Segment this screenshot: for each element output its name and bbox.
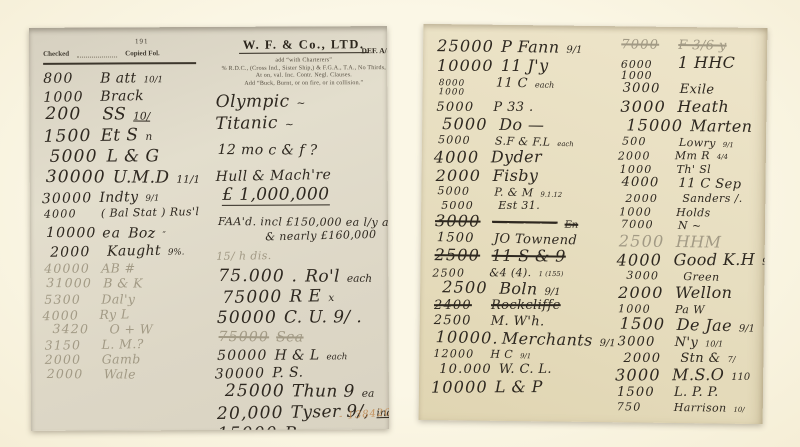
- entry-amount: 1000: [619, 206, 669, 218]
- ledger-entry: 800B att10/1: [43, 71, 198, 87]
- ledger-entry: 75000R Ex: [223, 287, 389, 308]
- entry-name: Indty: [99, 190, 138, 206]
- ledger-entry: 4000Ry L: [42, 305, 198, 322]
- entry-name: AB #: [101, 262, 135, 275]
- entry-name: 11 C Sep: [678, 177, 741, 192]
- entry-amount: 10000.: [435, 329, 495, 347]
- entry-name: O + W: [109, 322, 153, 335]
- entry-amount: 2000: [623, 352, 673, 366]
- entry-name: ————: [492, 214, 558, 232]
- header-rule: [43, 62, 196, 65]
- entry-note: En: [565, 220, 579, 231]
- printed-letterhead: W. F. & Co., LTD. DEF. A/c. add “with Ch…: [215, 33, 389, 88]
- entry-amount: 4000: [617, 253, 667, 270]
- ledger-entry: 75000Sea: [219, 330, 389, 346]
- entry-amount: 7000: [621, 219, 671, 232]
- entry-note: 9/1: [600, 339, 616, 350]
- entry-amount: 5000: [437, 185, 487, 198]
- entry-name: Ro'l: [306, 268, 341, 286]
- entry-amount: 15000: [217, 425, 277, 430]
- entry-amount: 2000: [618, 151, 668, 163]
- entry-name: Rockcliffe: [491, 300, 561, 314]
- entry-note: 110: [731, 373, 750, 384]
- entry-name: W. C. L.: [499, 363, 552, 377]
- entry-name: Et S: [100, 127, 138, 146]
- entry-note: 9/1: [566, 46, 582, 57]
- entry-name: S.F & F.L: [495, 135, 551, 148]
- ledger-entry: 5000Do —: [442, 116, 616, 135]
- entry-name: Gamb: [102, 352, 141, 365]
- entry-name: H C: [490, 349, 513, 361]
- entry-note: each: [557, 140, 573, 148]
- checked-label: Checked: [43, 50, 69, 58]
- entry-amount: 200: [45, 106, 95, 124]
- entry-name: Good K.H: [674, 252, 756, 269]
- entry-name: R E: [290, 289, 322, 307]
- ledger-entry: 2000Mm R4/4: [618, 150, 760, 162]
- entry-amount: 2000: [47, 367, 97, 380]
- entry-note: 10/1: [144, 76, 164, 85]
- entry-amount: 10.000: [439, 363, 492, 377]
- entry-name: Boln: [499, 280, 538, 298]
- entry-name: Lowry: [679, 137, 716, 149]
- ledger-entry: 2500HHM: [619, 233, 761, 252]
- entry-name: P. S.: [273, 366, 304, 381]
- entry-amount: 3000: [621, 99, 671, 116]
- ledger-entry: 3000N'y10/1: [618, 335, 760, 350]
- ledger-entry: 250011 S & 9: [434, 247, 614, 266]
- ledger-entry: 2000Sanders /.: [625, 193, 761, 205]
- entry-name: Sanders /.: [682, 193, 742, 205]
- entry-name: N ~: [678, 220, 702, 232]
- entry-amount: 5000: [441, 200, 491, 212]
- ledger-entry: 25000P Fann9/1: [437, 38, 617, 57]
- ledger-entry: 4000( Bal Stat ) Rus'l: [44, 207, 200, 221]
- entry-amount: 12000: [433, 349, 483, 361]
- entry-name: Dyder: [491, 149, 542, 166]
- ledger-entry: 40000AB #: [44, 261, 199, 275]
- right-col2-entries: 7000F 3/6 y600010001 HHC3000Exile3000Hea…: [617, 38, 763, 414]
- entry-name: 15/ h dis.: [216, 250, 272, 263]
- entry-name: HHM: [676, 234, 722, 251]
- entry-note: 10/: [734, 406, 745, 413]
- entry-note: 9/1: [520, 354, 531, 361]
- entry-name: B att: [100, 71, 136, 86]
- ledger-entry: 30000U.M.D11/1: [46, 169, 202, 188]
- ledger-entry: 3000M.S.O110: [615, 367, 757, 385]
- ledger-entry: Hull & Mach're: [216, 167, 389, 185]
- entry-name: L & P: [495, 379, 543, 396]
- entry-amount: 2400: [434, 300, 484, 314]
- entry-note: 10/1: [705, 340, 723, 349]
- entry-name: Dal'y: [101, 292, 135, 305]
- entry-amount: 2000: [436, 168, 486, 185]
- entry-name: M.S.O: [672, 367, 724, 384]
- entry-name: Kaught: [107, 243, 161, 259]
- entry-amount: 4000: [434, 150, 484, 167]
- entry-name: B & K: [103, 277, 143, 290]
- ledger-entry: 30000P. S.: [215, 364, 389, 383]
- entry-name: & nearly £160,000: [266, 229, 377, 243]
- entry-amount: 3000: [618, 335, 668, 349]
- entry-note: each: [535, 81, 554, 90]
- entry-name: P Fann: [501, 39, 560, 57]
- entry-amount: 10000 ea: [46, 226, 121, 241]
- entry-amount: 75000: [219, 330, 270, 345]
- ledger-entry: FAA'd. incl £150,000 ea l/y at: [218, 216, 389, 228]
- entry-name: 12 mo c & f ?: [218, 143, 318, 158]
- right-col1-entries: 25000P Fann9/11000011 J'y8000100011 Ceac…: [433, 38, 617, 397]
- entry-amount: 5000: [50, 149, 100, 167]
- entry-amount: 1500: [437, 231, 487, 246]
- ledger-entry: 30000Indty9/1: [42, 188, 198, 206]
- left-page: 191 Checked Copied Fol. 800B att10/11000…: [29, 26, 389, 431]
- entry-amount: 40000: [44, 262, 94, 275]
- entry-name: Do —: [499, 117, 544, 134]
- ledger-entry: 5000P 33 .: [436, 101, 616, 115]
- entry-name: Holds: [676, 207, 711, 219]
- entry-amount: 4000: [42, 308, 92, 322]
- ledger-entry: 4000Good K.H9/1: [617, 252, 759, 270]
- ledger-entry: 5300Dal'y: [44, 292, 199, 306]
- entry-amount: 1500: [620, 316, 670, 334]
- ledger-entry: 200SS10/: [45, 106, 201, 125]
- entry-name: F 3/6 y: [678, 39, 727, 53]
- letterhead-fineprint: add “with Charterers” % R.D.C., (Cross I…: [216, 57, 390, 88]
- entry-name: Heath: [678, 99, 730, 116]
- ledger-entry: 7000F 3/6 y: [621, 38, 763, 53]
- entry-amount: 5300: [44, 292, 94, 305]
- entry-amount: 50000: [217, 348, 268, 363]
- ledger-entry: 10.000W. C. L.: [439, 363, 613, 377]
- entry-note: 9/1: [544, 287, 560, 298]
- ledger-entry: 75.000 .Ro'leach: [219, 268, 389, 287]
- ledger-entry: 2000Wale: [47, 367, 202, 381]
- ledger-entry: £ 1,000,000: [222, 186, 389, 206]
- entry-name: Mm R: [675, 150, 710, 162]
- entry-amount: 800: [43, 72, 93, 87]
- entry-name: Stn &: [680, 352, 720, 366]
- entry-name: Sea: [277, 330, 305, 345]
- ledger-entry: Olympic~: [216, 93, 389, 112]
- ledger-entry: 2500Boln9/1: [442, 279, 616, 300]
- ledger-entry: 10000 eaBoz″: [46, 226, 201, 242]
- ledger-entry: & nearly £160,000: [214, 229, 389, 245]
- entry-name: £ 1,000,000: [222, 186, 329, 205]
- entry-name: 11 C: [496, 76, 529, 90]
- entry-amount: 2500: [434, 314, 484, 328]
- entry-amount: 3420: [52, 322, 102, 335]
- entry-amount: 3000: [623, 82, 673, 97]
- entry-amount: 20,000: [217, 405, 284, 424]
- ledger-entry: 15000P: [217, 425, 389, 431]
- entry-note: ~: [285, 120, 294, 131]
- fill-in-line: [77, 50, 117, 57]
- entry-name: Wellon: [675, 285, 732, 302]
- entry-note: 9.1.12: [540, 191, 562, 199]
- company-title: W. F. & Co., LTD.: [239, 37, 369, 54]
- entry-name: Marten: [690, 118, 752, 136]
- ledger-entry: 15000Marten: [626, 117, 762, 135]
- entry-amount: 2000: [625, 193, 675, 205]
- entry-name: P: [285, 425, 297, 431]
- entry-amount: 2500: [619, 233, 669, 250]
- entry-note: 1 (155): [539, 271, 564, 278]
- entry-name: Pa W: [675, 304, 705, 316]
- ledger-entry: 750Harrison10/: [617, 401, 759, 414]
- entry-amount: 2000: [618, 285, 668, 302]
- entry-amount: 25000: [225, 383, 285, 401]
- entry-name: P. & M: [494, 186, 533, 198]
- ledger-entry: 1500De Jae9/1: [620, 316, 762, 336]
- entry-name: Th' Sl: [677, 164, 711, 176]
- ledger-entry: 500Lowry9/1: [622, 135, 764, 150]
- entry-name: 11 J'y: [501, 58, 549, 75]
- entry-amount: 5000: [438, 134, 488, 147]
- entry-name: Boz: [128, 226, 155, 241]
- ledger-entry: 50000H & Leach: [217, 348, 389, 364]
- entry-name: N'y: [675, 336, 699, 350]
- entry-note: 9/1: [723, 142, 734, 149]
- entry-name: 1 HHC: [678, 55, 735, 72]
- entry-name: &4 (4).: [489, 267, 531, 279]
- right-page-column-2: 7000F 3/6 y600010001 HHC3000Exile3000Hea…: [615, 26, 768, 424]
- ledger-entry: 1000Th' Sl: [620, 164, 762, 176]
- entry-amount: 1500: [43, 128, 93, 147]
- entry-amount: 10000: [437, 58, 494, 75]
- entry-name: Wale: [104, 368, 136, 381]
- entry-note: each: [347, 273, 372, 284]
- folio-number: 191: [135, 37, 198, 45]
- ledger-entry: 15/ h dis.: [216, 248, 389, 263]
- entry-amount: 30000: [46, 169, 106, 187]
- entry-note: ″: [163, 232, 166, 241]
- entry-amount: 25000: [437, 38, 494, 55]
- ledger-entry: 10000.Merchants9/1: [435, 329, 615, 350]
- entry-amount: 1500: [617, 386, 667, 400]
- entry-amount: 2000: [50, 245, 100, 261]
- ledger-entry: 1500Et Sn: [43, 126, 199, 147]
- entry-name: Est 31.: [498, 200, 540, 212]
- entry-name: Green: [683, 271, 719, 283]
- entry-amount: 31000: [46, 277, 96, 290]
- entry-name: Brack: [100, 89, 144, 104]
- entry-name: L. P. P.: [674, 386, 719, 400]
- ledger-entry: 1500L. P. P.: [617, 386, 759, 400]
- ledger-entry: 10000L & P: [431, 378, 611, 396]
- entry-amount: 500: [622, 135, 672, 148]
- entry-amount: 2000: [45, 353, 95, 366]
- entry-name: JO Townend: [494, 232, 578, 248]
- entry-note: 9/1: [762, 258, 767, 268]
- entry-note: 9/1: [145, 194, 159, 203]
- entry-amount: 5000: [436, 101, 486, 115]
- ledger-entry: 12 mo c & f ?: [218, 143, 389, 159]
- entry-name: C. U. 9/ .: [284, 309, 362, 327]
- fineprint-line: Add “Buck, Burnt, or on fire, or in coll…: [216, 80, 389, 88]
- entry-name: M. W'h.: [491, 315, 545, 329]
- entry-amount: 15000: [626, 117, 683, 134]
- entry-name: L & G: [107, 148, 160, 166]
- entry-name: Olympic: [216, 94, 290, 112]
- ledger-entry: 5000L & G: [50, 148, 200, 167]
- entry-name: Titanic: [216, 115, 279, 134]
- right-page: 25000P Fann9/11000011 J'y8000100011 Ceac…: [419, 24, 768, 424]
- ledger-entry: 12000H C9/1: [433, 349, 613, 363]
- entry-note: ea: [362, 389, 375, 400]
- entry-amount: 3000: [615, 367, 665, 384]
- copied-folio-label: Copied Fol.: [125, 49, 160, 57]
- ledger-entry: 2000Wellon: [618, 285, 760, 302]
- ledger-photograph: 191 Checked Copied Fol. 800B att10/11000…: [0, 0, 800, 447]
- entry-amount: 750: [617, 401, 667, 413]
- entry-amount: 3000: [435, 213, 485, 230]
- ledger-entry: 2000Gamb: [45, 352, 200, 366]
- ledger-entry: 25000Thun 9ea: [225, 383, 389, 402]
- ledger-entry: 400011 C Sep: [621, 176, 763, 193]
- entry-name: Hull & Mach're: [216, 168, 332, 185]
- ledger-form-header: Checked Copied Fol.: [43, 49, 198, 58]
- ledger-entry: 5000P. & M9.1.12: [437, 185, 617, 201]
- entry-amount: 4000: [44, 208, 94, 220]
- entry-name: 11 S & 9: [491, 248, 565, 266]
- entry-note: 7/: [728, 356, 736, 364]
- entry-note: 10/: [133, 112, 150, 123]
- ledger-entry: 3000————En: [435, 213, 615, 232]
- right-page-column-1: 25000P Fann9/11000011 J'y8000100011 Ceac…: [419, 24, 620, 422]
- entry-name: SS: [102, 107, 126, 125]
- entry-name: Thun 9: [292, 384, 355, 402]
- ledger-entry: 4000Dyder: [434, 149, 614, 167]
- entry-name: FAA'd. incl £150,000 ea l/y at: [218, 216, 389, 228]
- def-account-label: DEF. A/c.: [362, 46, 390, 55]
- ledger-entry: 1000011 J'y: [437, 58, 617, 75]
- left-col1-entries: 800B att10/11000Brack200SS10/1500Et Sn50…: [43, 71, 200, 381]
- left-page-column-1: 191 Checked Copied Fol. 800B att10/11000…: [29, 27, 207, 431]
- ledger-entry: 3150L. M.?: [45, 336, 201, 352]
- entry-amount: 10000: [431, 379, 488, 396]
- entry-name: De Jae: [677, 317, 733, 335]
- entry-amount: 80001000: [438, 79, 488, 99]
- entry-amount: 30000: [42, 191, 93, 207]
- left-page-column-2: W. F. & Co., LTD. DEF. A/c. add “with Ch…: [204, 26, 389, 430]
- entry-amount: 75.000 .: [219, 268, 299, 286]
- entry-name: Fisby: [493, 168, 539, 185]
- entry-note: x: [329, 293, 335, 304]
- entry-amount: 5000: [442, 116, 492, 133]
- entry-amount: 2500: [434, 247, 484, 264]
- entry-amount: 2500: [442, 279, 492, 297]
- entry-name: H & L: [275, 348, 320, 363]
- entry-note: ~: [296, 98, 305, 109]
- entry-note: 9%.: [168, 248, 185, 257]
- left-col2-entries: Olympic~Titanic~12 mo c & f ?Hull & Mach…: [216, 93, 389, 431]
- ledger-entry: 50000C. U. 9/ .: [217, 309, 389, 328]
- ledger-entry: 600010001 HHC: [621, 55, 763, 82]
- ledger-entry: 31000B & K: [46, 277, 201, 291]
- ledger-entry: 2000Fisby: [436, 168, 616, 185]
- entry-amount: 7000: [621, 38, 671, 52]
- entry-name: ( Bal Stat ) Rus'l: [101, 207, 200, 220]
- ledger-entry: 8000100011 Ceach: [438, 75, 619, 102]
- entry-note: 9/1: [739, 324, 755, 335]
- entry-name: U.M.D: [113, 169, 170, 187]
- entry-note: 11/1: [176, 175, 200, 186]
- ledger-entry: 3000Heath: [621, 99, 763, 116]
- entry-amount: 4000: [621, 176, 671, 191]
- ledger-entry: 2000Stn &7/: [623, 352, 759, 366]
- entry-note: 4/4: [717, 154, 728, 161]
- entry-note: n: [145, 132, 152, 143]
- ledger-entry: 1000Brack: [43, 88, 199, 105]
- entry-amount: 60001000: [621, 59, 671, 82]
- entry-name: Harrison: [674, 402, 727, 414]
- ledger-entry: 3420O + W: [52, 322, 201, 336]
- entry-amount: 50000: [217, 310, 277, 328]
- entry-name: L. M.?: [101, 337, 143, 351]
- entry-name: P 33 .: [493, 101, 533, 115]
- entry-name: Exile: [680, 83, 715, 97]
- entry-amount: 75000: [223, 289, 283, 308]
- entry-note: each: [326, 353, 347, 362]
- ledger-entry: Titanic~: [216, 113, 389, 134]
- entry-name: Ry L: [99, 307, 129, 321]
- entry-amount: 3000: [626, 270, 676, 283]
- entry-amount: 3150: [45, 338, 95, 352]
- entry-name: Merchants: [502, 330, 593, 349]
- entry-amount: 1000: [43, 90, 93, 106]
- ledger-entry: 2400Rockcliffe: [434, 300, 614, 314]
- ledger-entry: 2000Kaught9%.: [50, 243, 200, 260]
- ledger-entry: 5000Est 31.: [441, 200, 615, 212]
